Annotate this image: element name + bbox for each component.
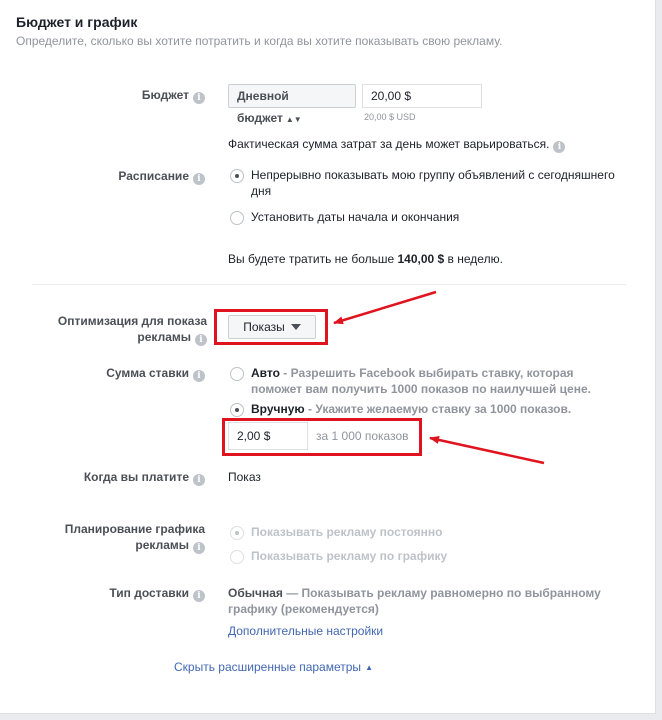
info-icon[interactable]: i — [193, 542, 205, 554]
section-title: Бюджет и график — [16, 14, 137, 30]
section-divider — [32, 284, 626, 285]
payment-value: Показ — [228, 469, 261, 485]
ad-scheduling-always-label[interactable]: Показывать рекламу постоянно — [251, 524, 442, 540]
delivery-type-label: Тип доставкиi — [109, 585, 205, 602]
budget-label: Бюджетi — [142, 87, 205, 104]
highlight-box — [214, 309, 328, 345]
schedule-continuous-label[interactable]: Непрерывно показывать мою группу объявле… — [251, 167, 621, 199]
info-icon[interactable]: i — [193, 173, 205, 185]
delivery-type-value: Обычная — Показывать рекламу равномерно … — [228, 585, 618, 617]
ad-scheduling-always-radio[interactable] — [230, 526, 244, 540]
arrow-icon — [430, 438, 544, 463]
schedule-continuous-radio[interactable] — [230, 169, 244, 183]
info-icon[interactable]: i — [193, 92, 205, 104]
bid-manual-radio[interactable] — [230, 403, 244, 417]
sort-arrows-icon: ▲▼ — [286, 115, 302, 124]
hide-advanced-link[interactable]: Скрыть расширенные параметры▲ — [174, 659, 373, 676]
budget-note: Фактическая сумма затрат за день может в… — [228, 136, 565, 153]
ad-scheduling-custom-radio[interactable] — [230, 550, 244, 564]
payment-label: Когда вы платитеi — [84, 469, 205, 486]
bid-auto-label[interactable]: Авто - Разрешить Facebook выбирать ставк… — [251, 365, 621, 397]
budget-amount-hint: 20,00 $ USD — [364, 112, 416, 122]
optimization-label: Оптимизация для показа рекламыi — [58, 313, 207, 346]
caret-up-icon: ▲ — [365, 663, 373, 672]
arrow-icon — [334, 292, 436, 323]
weekly-spend-summary: Вы будете тратить не больше 140,00 $ в н… — [228, 251, 503, 267]
ad-scheduling-custom-label[interactable]: Показывать рекламу по графику — [251, 548, 447, 564]
schedule-label: Расписаниеi — [118, 168, 205, 185]
section-subtitle: Определите, сколько вы хотите потратить … — [16, 34, 502, 48]
schedule-dates-radio[interactable] — [230, 211, 244, 225]
info-icon[interactable]: i — [195, 334, 207, 346]
highlight-box — [222, 418, 422, 456]
budget-type-select[interactable]: Дневной бюджет▲▼ — [228, 84, 356, 108]
info-icon[interactable]: i — [553, 141, 565, 153]
bid-amount-label: Сумма ставкиi — [106, 365, 205, 382]
budget-schedule-panel: Бюджет и график Определите, сколько вы х… — [0, 0, 656, 714]
schedule-dates-label[interactable]: Установить даты начала и окончания — [251, 209, 459, 225]
bid-auto-radio[interactable] — [230, 367, 244, 381]
info-icon[interactable]: i — [193, 370, 205, 382]
budget-amount-input[interactable]: 20,00 $ — [362, 84, 482, 108]
info-icon[interactable]: i — [193, 474, 205, 486]
bid-manual-label[interactable]: Вручную - Укажите желаемую ставку за 100… — [251, 401, 571, 417]
more-settings-link[interactable]: Дополнительные настройки — [228, 623, 383, 639]
info-icon[interactable]: i — [193, 590, 205, 602]
ad-scheduling-label: Планирование графика рекламыi — [65, 521, 205, 554]
